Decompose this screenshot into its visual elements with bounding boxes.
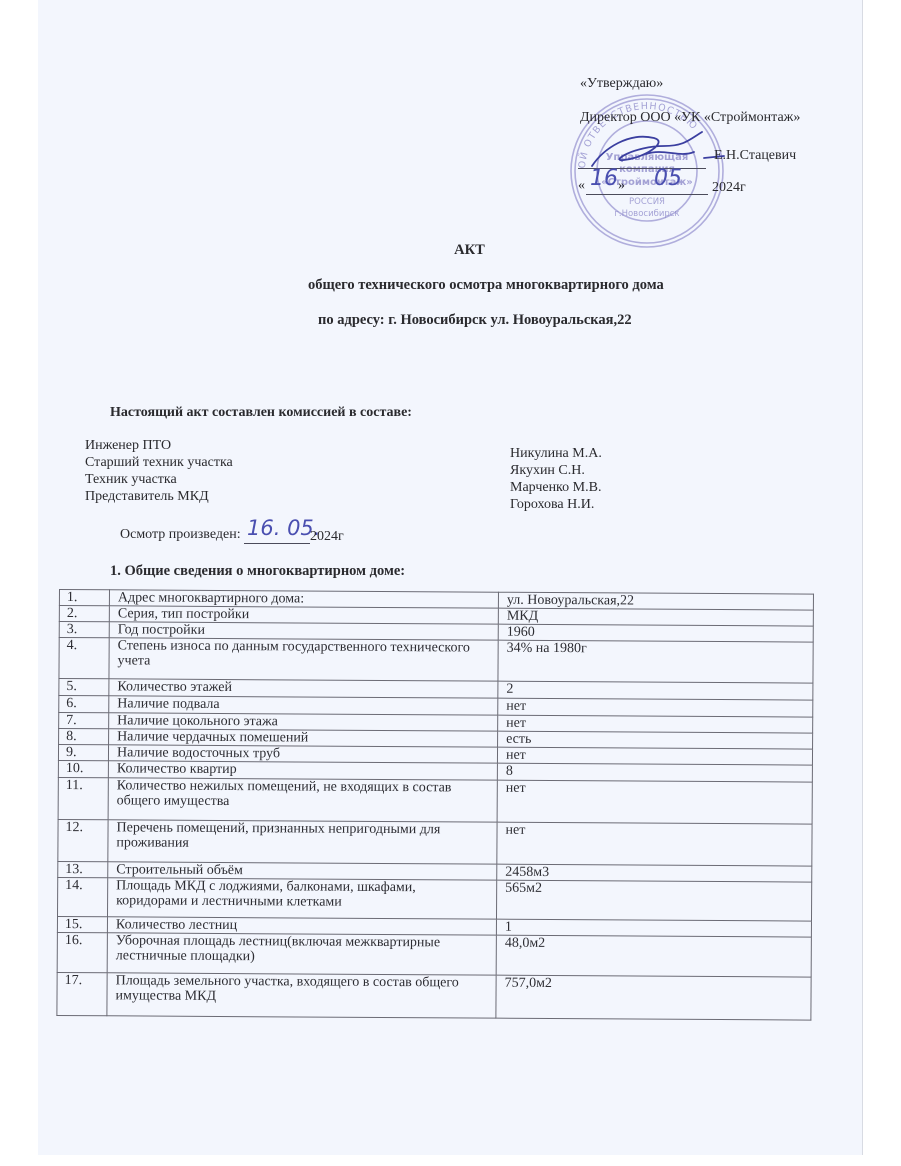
row-number: 14.	[57, 877, 107, 916]
row-value: 2	[498, 681, 813, 700]
table-row: 17.Площадь земельного участка, входящего…	[57, 972, 811, 1020]
row-value: нет	[498, 698, 813, 717]
row-label: Количество нежилых помещений, не входящи…	[108, 778, 497, 822]
row-number: 17.	[57, 972, 107, 1015]
document-title: АКТ	[0, 242, 901, 259]
row-number: 1.	[59, 590, 109, 606]
row-label: Площадь МКД с лоджиями, балконами, шкафа…	[107, 878, 496, 919]
row-label: Год постройки	[109, 622, 498, 640]
document-subtitle: общего технического осмотра многоквартир…	[308, 277, 664, 294]
row-number: 2.	[59, 606, 109, 622]
row-label: Наличие чердачных помешений	[109, 729, 498, 747]
inspection-date-line	[244, 543, 310, 544]
row-label: Наличие водосточных труб	[108, 745, 497, 763]
row-number: 12.	[58, 819, 108, 861]
row-label: Строительный объём	[108, 862, 497, 880]
row-label: Степень износа по данным государственног…	[109, 638, 498, 681]
row-label: Количество лестниц	[107, 917, 496, 935]
row-number: 6.	[59, 696, 109, 713]
approval-signer: Е.Н.Стацевич	[714, 148, 796, 164]
row-number: 9.	[58, 745, 108, 761]
row-value: ул. Новоуральская,22	[498, 592, 813, 610]
approval-date-month: 05	[654, 166, 682, 191]
table-row: 11.Количество нежилых помещений, не вход…	[58, 777, 812, 824]
commission-role-1: Инженер ПТО	[85, 438, 171, 455]
row-value: 48,0м2	[496, 935, 811, 977]
row-value: 1	[496, 919, 811, 937]
row-label: Уборочная площадь лестниц(включая межква…	[107, 933, 496, 975]
row-value: есть	[498, 731, 813, 749]
row-value: 2458м3	[497, 864, 812, 882]
row-number: 16.	[57, 932, 107, 972]
table-row: 14.Площадь МКД с лоджиями, балконами, шк…	[57, 877, 811, 921]
table-row: 16.Уборочная площадь лестниц(включая меж…	[57, 932, 811, 977]
row-value: 565м2	[496, 880, 811, 921]
inspection-year: 2024г	[310, 529, 344, 546]
commission-role-4: Представитель МКД	[85, 489, 209, 506]
row-number: 13.	[58, 861, 108, 877]
row-value: нет	[497, 822, 812, 866]
row-label: Адрес многоквартирного дома:	[109, 590, 498, 608]
approval-date-line	[586, 194, 708, 195]
row-label: Перечень помещений, признанных непригодн…	[108, 820, 497, 864]
row-number: 7.	[59, 713, 109, 729]
row-number: 3.	[59, 622, 109, 638]
commission-role-2: Старший техник участка	[85, 455, 233, 472]
commission-name-2: Якухин С.Н.	[510, 463, 585, 480]
row-number: 15.	[57, 916, 107, 932]
approval-date-day: 16	[590, 166, 618, 191]
row-value: 8	[497, 763, 812, 782]
building-info-table: 1.Адрес многоквартирного дома:ул. Новоур…	[56, 589, 814, 1021]
approval-date-open-quote: «	[578, 178, 585, 194]
svg-text:РОССИЯ: РОССИЯ	[629, 197, 665, 207]
document-address: по адресу: г. Новосибирск ул. Новоуральс…	[318, 312, 632, 329]
row-value: нет	[497, 747, 812, 765]
approval-date-close-quote: »	[618, 178, 625, 194]
row-number: 10.	[58, 760, 108, 777]
row-value: МКД	[498, 608, 813, 626]
section1-heading: 1. Общие сведения о многоквартирном доме…	[110, 563, 405, 580]
inspection-label: Осмотр произведен:	[120, 527, 241, 544]
row-value: нет	[497, 780, 812, 824]
row-number: 8.	[59, 729, 109, 745]
row-label: Серия, тип постройки	[109, 606, 498, 624]
row-label: Площадь земельного участка, входящего в …	[107, 973, 496, 1018]
commission-intro: Настоящий акт составлен комиссией в сост…	[110, 405, 412, 422]
row-value: 1960	[498, 624, 813, 642]
table-row: 4.Степень износа по данным государственн…	[59, 638, 813, 684]
row-value: 757,0м2	[496, 975, 811, 1020]
row-value: нет	[498, 715, 813, 733]
row-number: 11.	[58, 777, 108, 819]
row-number: 4.	[59, 638, 109, 679]
table-row: 12.Перечень помещений, признанных неприг…	[58, 819, 812, 866]
commission-name-4: Горохова Н.И.	[510, 497, 594, 514]
commission-name-3: Марченко М.В.	[510, 480, 601, 497]
approval-date-year: 2024г	[712, 180, 746, 196]
svg-text:г.Новосибирск: г.Новосибирск	[614, 209, 679, 219]
commission-name-1: Никулина М.А.	[510, 446, 602, 463]
row-value: 34% на 1980г	[498, 640, 813, 683]
approval-heading: «Утверждаю»	[580, 76, 663, 92]
commission-role-3: Техник участка	[85, 472, 177, 489]
row-number: 5.	[59, 679, 109, 696]
row-label: Наличие цокольного этажа	[109, 713, 498, 731]
